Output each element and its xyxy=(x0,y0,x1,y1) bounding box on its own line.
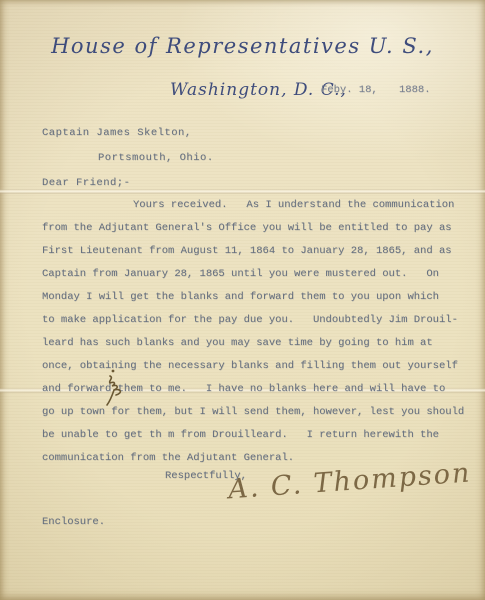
body-line: be unable to get th m from Drouilleard. … xyxy=(42,424,472,447)
body-line: Yours received. As I understand the comm… xyxy=(42,194,472,217)
letterhead-date-year: 1888. xyxy=(399,84,431,96)
body-line: Monday I will get the blanks and forward… xyxy=(42,286,472,309)
body-line: leard has such blanks and you may save t… xyxy=(42,332,472,355)
letter-page: House of Representatives U. S., Washingt… xyxy=(0,0,485,600)
enclosure-label: Enclosure. xyxy=(42,516,105,528)
letterhead-date-monthday: Feby. 18, xyxy=(321,84,378,96)
letterhead-org: House of Representatives U. S., xyxy=(0,34,485,58)
recipient-city: Portsmouth, Ohio. xyxy=(98,152,214,164)
recipient-name: Captain James Skelton, xyxy=(42,127,192,139)
body-line: to make application for the pay due you.… xyxy=(42,309,472,332)
body-line: Captain from January 28, 1865 until you … xyxy=(42,263,472,286)
body-line: from the Adjutant General's Office you w… xyxy=(42,217,472,240)
body-line: First Lieutenant from August 11, 1864 to… xyxy=(42,240,472,263)
letter-body: Yours received. As I understand the comm… xyxy=(42,194,472,470)
salutation: Dear Friend;- xyxy=(42,177,130,189)
ink-insertion-mark-icon xyxy=(97,368,135,408)
